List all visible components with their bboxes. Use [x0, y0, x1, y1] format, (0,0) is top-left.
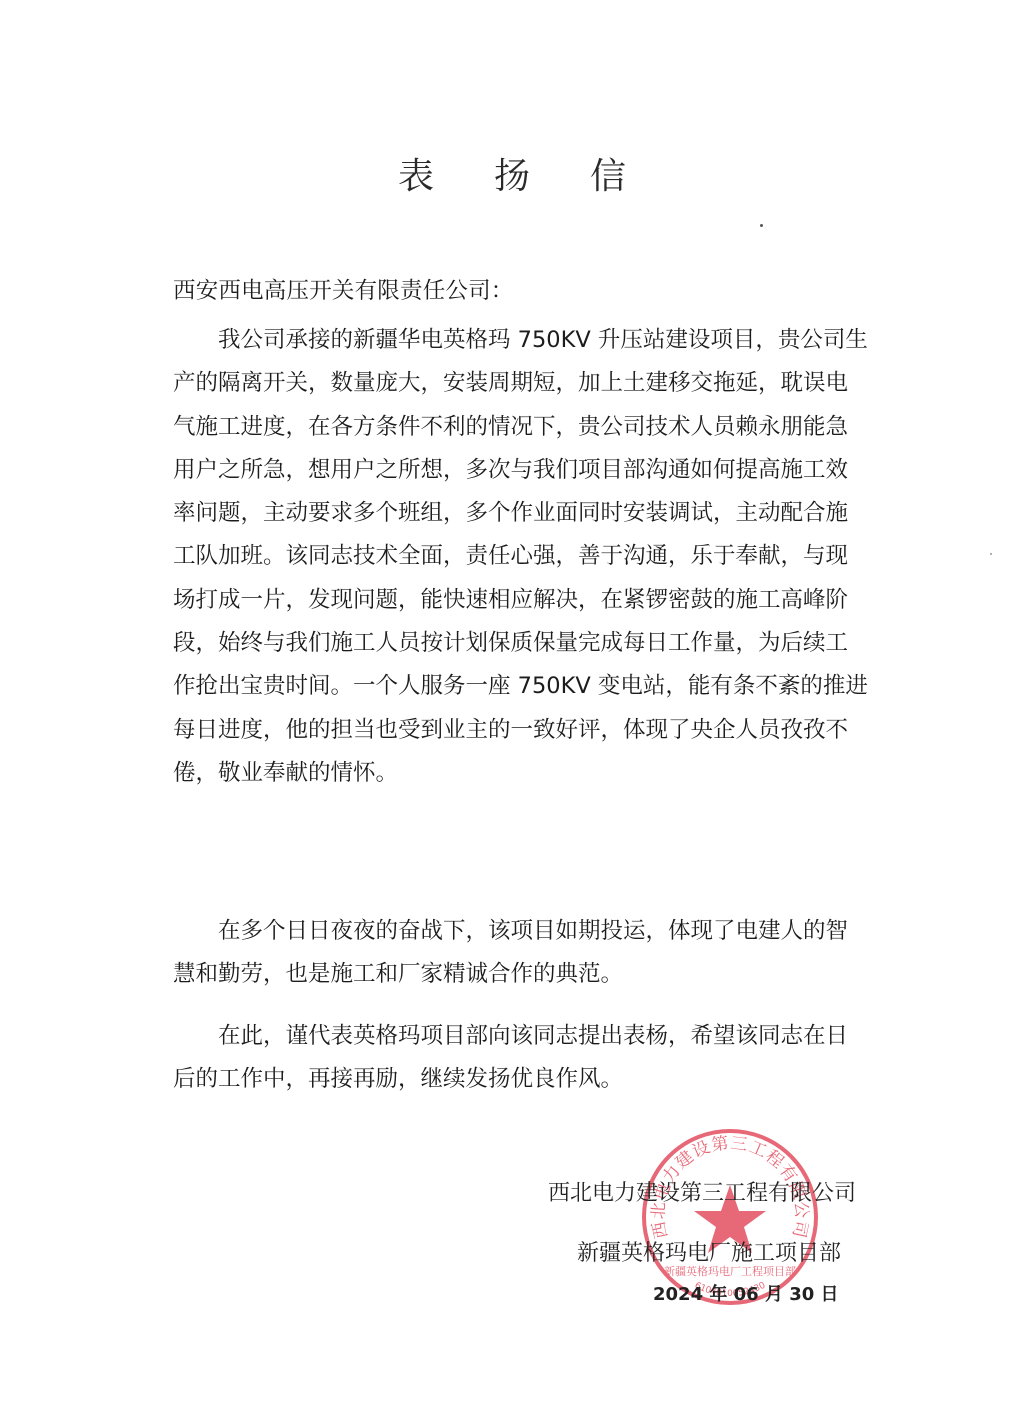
- paragraph-line: 倦，敬业奉献的情怀。: [173, 752, 888, 795]
- paragraph-line: 作抢出宝贵时间。一个人服务一座 750KV 变电站，能有条不紊的推进: [173, 665, 888, 708]
- scan-speck: [990, 553, 992, 555]
- salutation: 西安西电高压开关有限责任公司：: [173, 270, 888, 313]
- signature-department: 新疆英格玛电厂施工项目部: [577, 1236, 841, 1267]
- paragraph-2: 在多个日日夜夜的奋战下，该项目如期投运，体现了电建人的智 慧和勤劳，也是施工和厂…: [173, 910, 888, 997]
- paragraph-line: 在此，谨代表英格玛项目部向该同志提出表杨，希望该同志在日: [173, 1015, 888, 1058]
- paragraph-line: 产的隔离开关，数量庞大，安装周期短，加上土建移交拖延，耽误电: [173, 362, 888, 405]
- paragraph-line: 段，始终与我们施工人员按计划保质保量完成每日工作量，为后续工: [173, 622, 888, 665]
- paragraph-line: 气施工进度，在各方条件不利的情况下，贵公司技术人员赖永朋能急: [173, 406, 888, 449]
- paragraph-3: 在此，谨代表英格玛项目部向该同志提出表杨，希望该同志在日 后的工作中，再接再励，…: [173, 1015, 888, 1102]
- paragraph-line: 用户之所急，想用户之所想，多次与我们项目部沟通如何提高施工效: [173, 449, 888, 492]
- paragraph-1: 我公司承接的新疆华电英格玛 750KV 升压站建设项目，贵公司生 产的隔离开关，…: [173, 319, 888, 795]
- paragraph-line: 每日进度，他的担当也受到业主的一致好评，体现了央企人员孜孜不: [173, 709, 888, 752]
- paragraph-line: 后的工作中，再接再励，继续发扬优良作风。: [173, 1058, 888, 1101]
- letter-title: 表扬信: [0, 148, 1024, 199]
- paragraph-line: 慧和勤劳，也是施工和厂家精诚合作的典范。: [173, 953, 888, 996]
- paragraph-line: 率问题，主动要求多个班组，多个作业面同时安装调试，主动配合施: [173, 492, 888, 535]
- paragraph-line: 场打成一片，发现问题，能快速相应解决，在紧锣密鼓的施工高峰阶: [173, 579, 888, 622]
- signature-date: 2024 年 06 月 30 日: [653, 1280, 839, 1306]
- paragraph-line: 我公司承接的新疆华电英格玛 750KV 升压站建设项目，贵公司生: [173, 319, 888, 362]
- scan-speck: [760, 224, 763, 227]
- signature-company: 西北电力建设第三工程有限公司: [548, 1176, 856, 1207]
- paragraph-line: 在多个日日夜夜的奋战下，该项目如期投运，体现了电建人的智: [173, 910, 888, 953]
- paragraph-line: 工队加班。该同志技术全面，责任心强，善于沟通，乐于奉献，与现: [173, 535, 888, 578]
